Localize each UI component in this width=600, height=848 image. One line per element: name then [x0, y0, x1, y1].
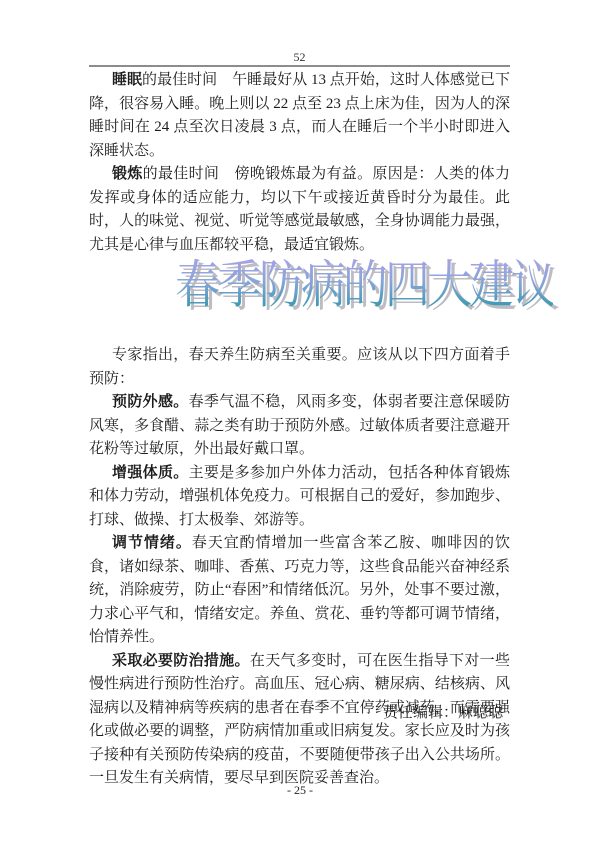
- page-header: 52: [89, 50, 510, 67]
- wordart-title: 春季防病的四大建议 春季防病的四大建议: [175, 260, 553, 312]
- paragraph-expert-intro: 专家指出，春天养生防病至关重要。应该从以下四方面着手预防：: [89, 344, 510, 391]
- paragraph-lead: 预防外感。: [112, 394, 189, 410]
- footer-page-number: - 25 -: [287, 783, 313, 797]
- body-section-top: 睡眠的最佳时间 午睡最好从 13 点开始，这时人体感觉已下降，很容易入睡。晚上则…: [89, 69, 510, 257]
- document-page: 52 睡眠的最佳时间 午睡最好从 13 点开始，这时人体感觉已下降，很容易入睡。…: [0, 0, 600, 848]
- paragraph-strengthen-body: 增强体质。主要是多参加户外体力活动，包括各种体育锻炼和体力劳动，增强机体免疫力。…: [89, 462, 510, 533]
- paragraph-lead: 增强体质。: [112, 465, 189, 481]
- paragraph-regulate-mood: 调节情绪。春天宜酌情增加一些富含苯乙胺、咖啡因的饮食，诸如绿茶、咖啡、香蕉、巧克…: [89, 532, 510, 650]
- wordart-title-text: 春季防病的四大建议: [175, 257, 553, 315]
- paragraph-exercise-time: 锻炼的最佳时间 傍晚锻炼最为有益。原因是：人类的体力发挥或身体的适应能力，均以下…: [89, 163, 510, 257]
- paragraph-text: 专家指出，春天养生防病至关重要。应该从以下四方面着手预防：: [89, 347, 510, 387]
- paragraph-lead: 锻炼: [112, 166, 143, 182]
- page-footer: - 25 -: [0, 783, 600, 798]
- paragraph-text: 春天宜酌情增加一些富含苯乙胺、咖啡因的饮食，诸如绿茶、咖啡、香蕉、巧克力等，这些…: [89, 535, 510, 645]
- paragraph-lead: 调节情绪。: [112, 535, 192, 551]
- paragraph-sleep-time: 睡眠的最佳时间 午睡最好从 13 点开始，这时人体感觉已下降，很容易入睡。晚上则…: [89, 69, 510, 163]
- paragraph-lead: 睡眠: [112, 72, 142, 88]
- header-page-number: 52: [294, 50, 306, 64]
- editor-credit: 责任编辑：麻聪聪: [89, 702, 503, 726]
- paragraph-prevent-cold: 预防外感。春季气温不稳，风雨多变，体弱者要注意保暖防风寒，多食醋、蒜之类有助于预…: [89, 391, 510, 462]
- paragraph-text: 的最佳时间 午睡最好从 13 点开始，这时人体感觉已下降，很容易入睡。晚上则以 …: [89, 72, 510, 159]
- paragraph-text: 的最佳时间 傍晚锻炼最为有益。原因是：人类的体力发挥或身体的适应能力，均以下午或…: [89, 166, 510, 253]
- paragraph-lead: 采取必要防治措施。: [112, 653, 250, 669]
